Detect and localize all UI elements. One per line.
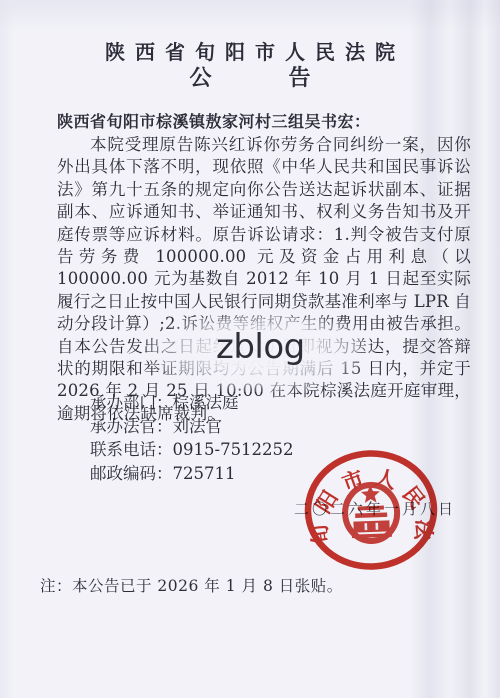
contact-line-judge: 承办法官：刘法官 (57, 415, 471, 439)
notice-body: 本院受理原告陈兴红诉你劳务合同纠纷一案，因你外出具体下落不明，现依照《中华人民共… (57, 134, 471, 425)
addressee-line: 陕西省旬阳市棕溪镇敖家河村三组吴书宏： (57, 109, 371, 132)
court-seal-stamp: 旬阳市人民法院 (301, 447, 441, 574)
contact-value: 棕溪法庭 (173, 393, 239, 412)
national-emblem-icon (344, 484, 398, 542)
contact-label: 承办法官： (90, 417, 173, 436)
contact-value: 刘法官 (173, 417, 223, 436)
contact-label: 邮政编码： (90, 464, 173, 483)
notice-title: 公告 (0, 61, 500, 92)
contact-label: 承办部门： (90, 393, 173, 412)
notice-body-paragraph: 本院受理原告陈兴红诉你劳务合同纠纷一案，因你外出具体下落不明，现依照《中华人民共… (57, 134, 471, 425)
contact-value: 725711 (173, 464, 236, 483)
watermark-text: zblog (216, 327, 305, 367)
court-notice-page: 陕西省旬阳市人民法院 公告 陕西省旬阳市棕溪镇敖家河村三组吴书宏： 本院受理原告… (0, 0, 500, 698)
contact-value: 0915-7512252 (173, 440, 294, 459)
contact-label: 联系电话： (90, 440, 173, 459)
posting-note: 注：本公告已于 2026 年 1 月 8 日张贴。 (40, 574, 343, 596)
contact-line-department: 承办部门：棕溪法庭 (57, 391, 471, 415)
